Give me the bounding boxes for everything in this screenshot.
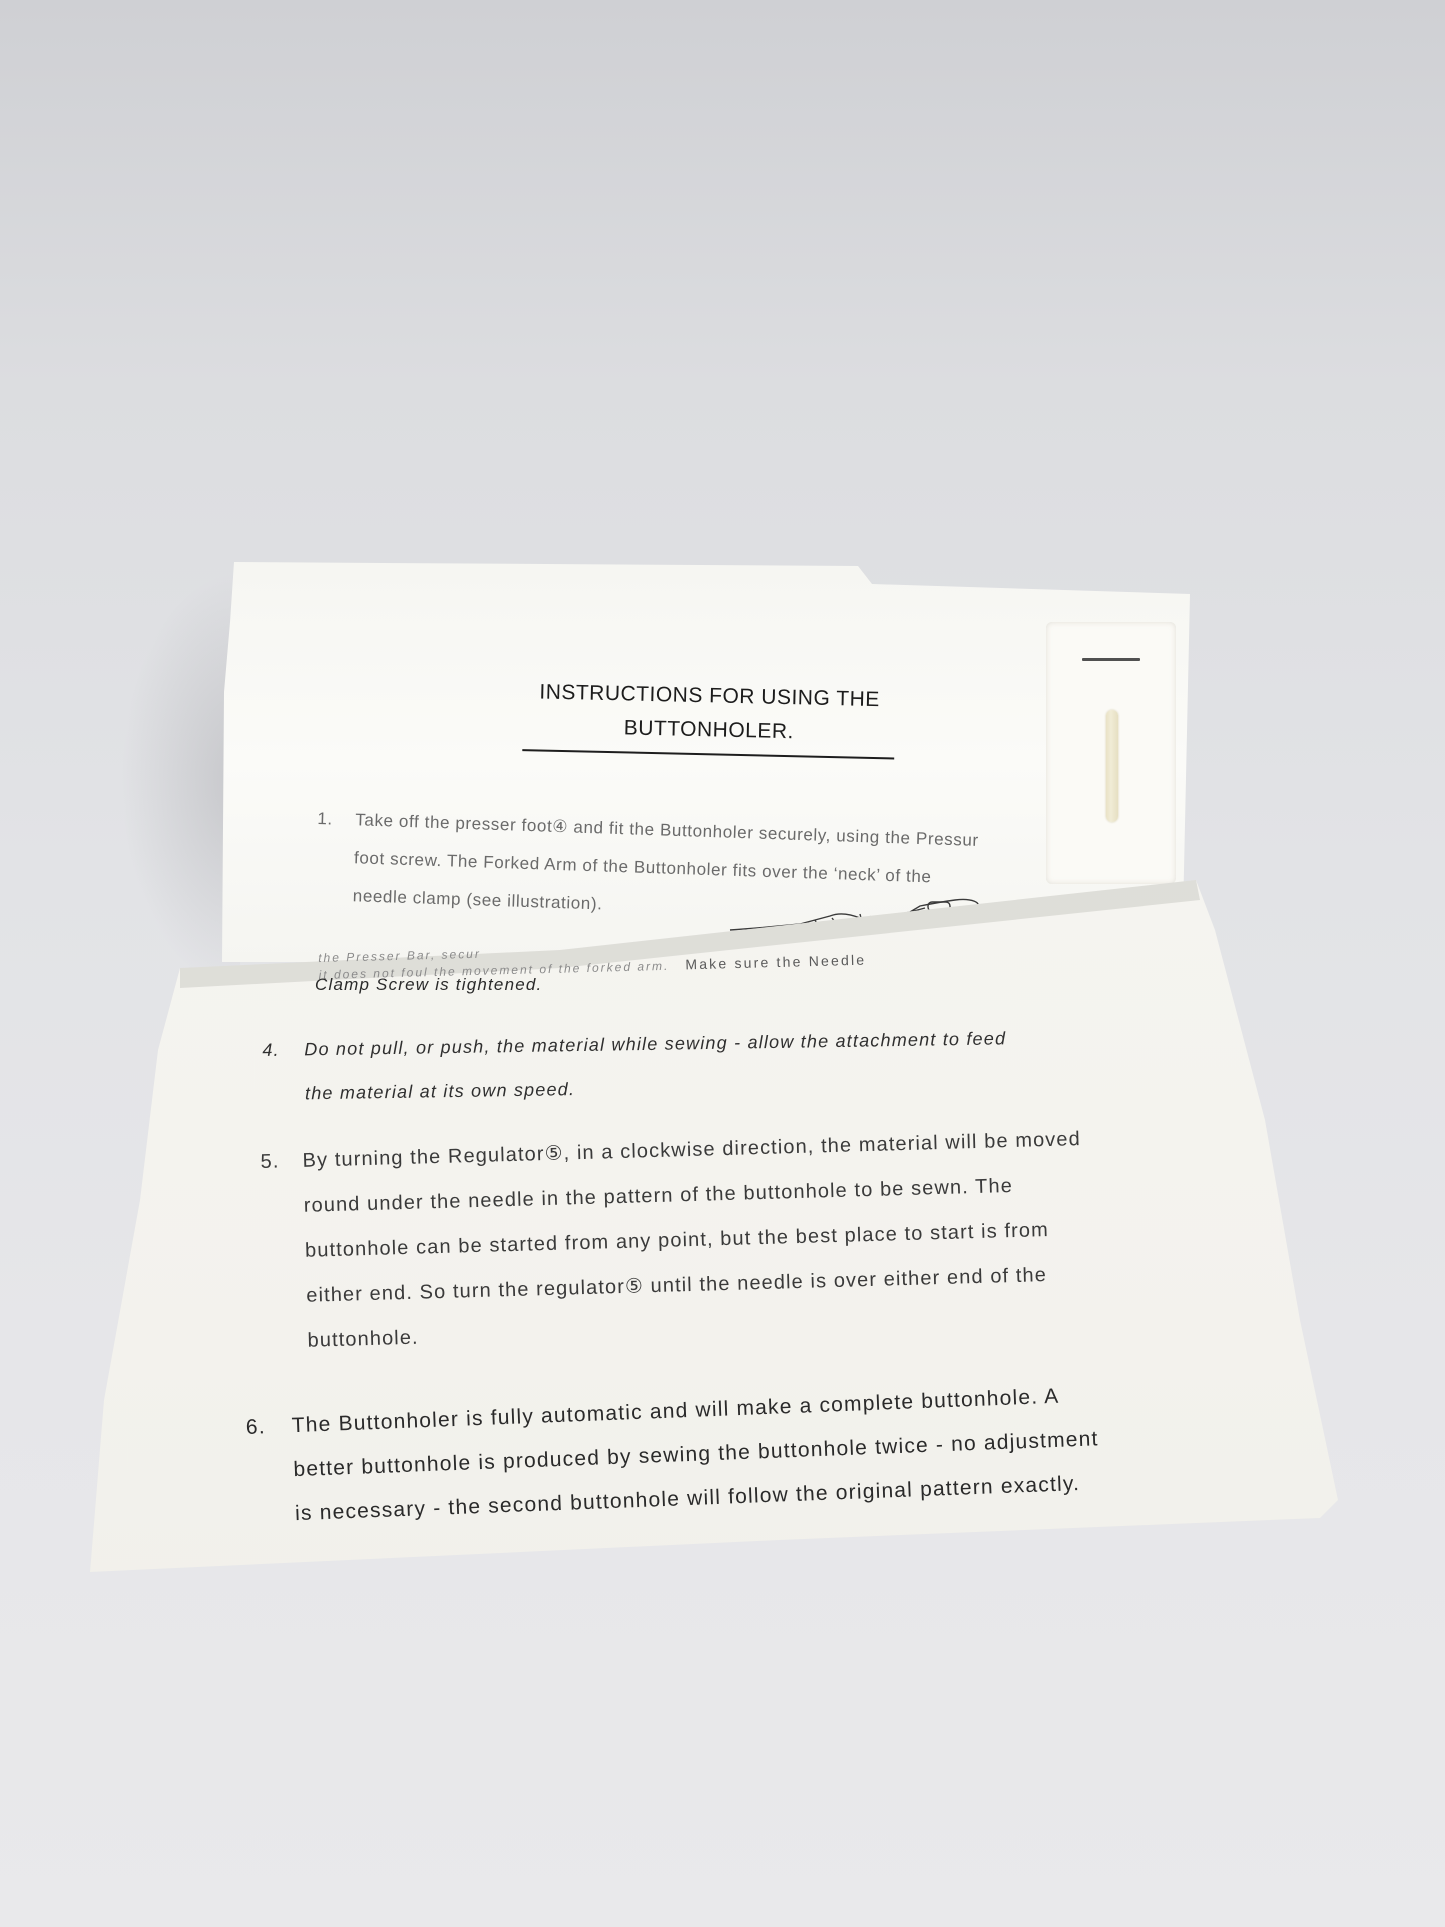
instruction-item-3-end: Clamp Screw is tightened. xyxy=(315,975,542,995)
fabric-swatch-icon xyxy=(1046,622,1176,884)
shadow xyxy=(120,570,240,990)
item-number: 5. xyxy=(260,1139,280,1185)
item-number: 1. xyxy=(317,800,334,838)
photo-scene: INSTRUCTIONS FOR USING THE BUTTONHOLER. … xyxy=(0,0,1445,1927)
buttonhole-stitch-icon xyxy=(1106,710,1118,822)
document-title: INSTRUCTIONS FOR USING THE BUTTONHOLER. xyxy=(518,675,900,760)
item-number: 6. xyxy=(245,1405,267,1450)
swatch-mark xyxy=(1082,658,1140,661)
item-number: 4. xyxy=(262,1028,280,1072)
partial-tail: Make sure the Needle xyxy=(685,952,866,973)
